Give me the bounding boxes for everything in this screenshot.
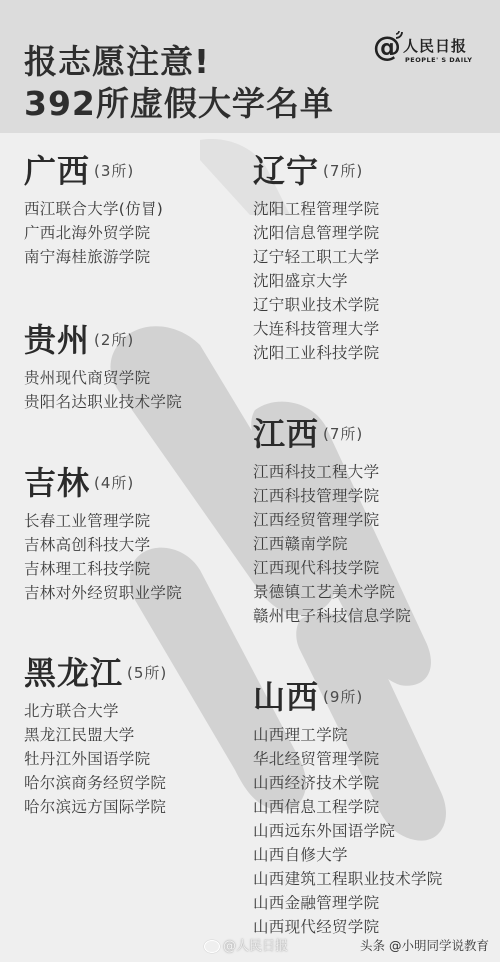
province-name: 江西 [253, 415, 319, 453]
logo-name-en: PEOPLE' S DAILY [405, 56, 472, 64]
list-item: 贵州现代商贸学院 [24, 366, 182, 390]
list-item: 哈尔滨商务经贸学院 [24, 771, 167, 795]
list-item: 华北经贸管理学院 [253, 747, 443, 771]
list-item: 沈阳信息管理学院 [253, 221, 379, 245]
list-item: 哈尔滨远方国际学院 [24, 795, 167, 819]
school-list: 山西理工学院 华北经贸管理学院 山西经济技术学院 山西信息工程学院 山西远东外国… [253, 723, 443, 939]
weibo-handle: @人民日报 [223, 939, 288, 954]
province-heading: 辽宁(7所) [253, 151, 379, 191]
source-credit: 头条 @小明同学说教育 [360, 936, 489, 954]
province-name: 贵州 [24, 321, 90, 359]
list-item: 辽宁职业技术学院 [253, 293, 379, 317]
province-heading: 广西(3所) [24, 151, 163, 191]
list-item: 吉林理工科技学院 [24, 557, 182, 581]
list-item: 黑龙江民盟大学 [24, 723, 167, 747]
list-item: 山西经济技术学院 [253, 771, 443, 795]
school-list: 西江联合大学(仿冒) 广西北海外贸学院 南宁海桂旅游学院 [24, 197, 163, 269]
list-item: 江西现代科技学院 [253, 556, 411, 580]
list-item: 辽宁轻工职工大学 [253, 245, 379, 269]
list-item: 吉林对外经贸职业学院 [24, 581, 182, 605]
at-icon: @ [373, 33, 401, 61]
list-item: 山西理工学院 [253, 723, 443, 747]
weibo-icon [204, 940, 220, 953]
list-item: 贵阳名达职业技术学院 [24, 390, 182, 414]
school-count: (3所) [94, 162, 134, 180]
province-name: 吉林 [24, 464, 90, 502]
province-section-heilongjiang: 黑龙江(5所) 北方联合大学 黑龙江民盟大学 牡丹江外国语学院 哈尔滨商务经贸学… [24, 653, 167, 819]
province-name: 黑龙江 [24, 654, 123, 692]
province-name: 山西 [253, 678, 319, 716]
list-item: 山西自修大学 [253, 843, 443, 867]
list-item: 广西北海外贸学院 [24, 221, 163, 245]
school-list: 沈阳工程管理学院 沈阳信息管理学院 辽宁轻工职工大学 沈阳盛京大学 辽宁职业技术… [253, 197, 379, 365]
province-heading: 山西(9所) [253, 677, 443, 717]
school-count: (2所) [94, 331, 134, 349]
school-count: (5所) [127, 664, 167, 682]
page-title-line1: 报志愿注意! [24, 42, 210, 82]
weibo-watermark: @人民日报 [204, 935, 288, 954]
list-item: 西江联合大学(仿冒) [24, 197, 163, 221]
list-item: 山西信息工程学院 [253, 795, 443, 819]
header-banner: 报志愿注意! 392所虚假大学名单 @ 人民日报 PEOPLE' S DAILY [0, 0, 500, 133]
list-item: 江西科技管理学院 [253, 484, 411, 508]
province-section-guangxi: 广西(3所) 西江联合大学(仿冒) 广西北海外贸学院 南宁海桂旅游学院 [24, 151, 163, 269]
province-section-jiangxi: 江西(7所) 江西科技工程大学 江西科技管理学院 江西经贸管理学院 江西赣南学院… [253, 414, 411, 628]
list-item: 山西建筑工程职业技术学院 [253, 867, 443, 891]
list-item: 牡丹江外国语学院 [24, 747, 167, 771]
school-count: (9所) [323, 688, 363, 706]
list-item: 山西远东外国语学院 [253, 819, 443, 843]
list-item: 江西科技工程大学 [253, 460, 411, 484]
province-section-liaoning: 辽宁(7所) 沈阳工程管理学院 沈阳信息管理学院 辽宁轻工职工大学 沈阳盛京大学… [253, 151, 379, 365]
school-list: 北方联合大学 黑龙江民盟大学 牡丹江外国语学院 哈尔滨商务经贸学院 哈尔滨远方国… [24, 699, 167, 819]
logo-name-cn: 人民日报 [403, 38, 467, 54]
school-list: 贵州现代商贸学院 贵阳名达职业技术学院 [24, 366, 182, 414]
school-list: 江西科技工程大学 江西科技管理学院 江西经贸管理学院 江西赣南学院 江西现代科技… [253, 460, 411, 628]
list-item: 山西金融管理学院 [253, 891, 443, 915]
school-list: 长春工业管理学院 吉林高创科技大学 吉林理工科技学院 吉林对外经贸职业学院 [24, 509, 182, 605]
list-item: 北方联合大学 [24, 699, 167, 723]
list-item: 赣州电子科技信息学院 [253, 604, 411, 628]
list-item: 长春工业管理学院 [24, 509, 182, 533]
peoples-daily-logo: @ 人民日报 PEOPLE' S DAILY [373, 26, 488, 66]
list-item: 景德镇工艺美术学院 [253, 580, 411, 604]
school-count: (4所) [94, 474, 134, 492]
province-heading: 贵州(2所) [24, 320, 182, 360]
school-count: (7所) [323, 162, 363, 180]
province-heading: 黑龙江(5所) [24, 653, 167, 693]
list-item: 沈阳工业科技学院 [253, 341, 379, 365]
list-item: 吉林高创科技大学 [24, 533, 182, 557]
province-name: 辽宁 [253, 152, 319, 190]
list-item: 沈阳盛京大学 [253, 269, 379, 293]
list-item: 南宁海桂旅游学院 [24, 245, 163, 269]
list-item: 江西经贸管理学院 [253, 508, 411, 532]
list-item: 大连科技管理大学 [253, 317, 379, 341]
province-section-guizhou: 贵州(2所) 贵州现代商贸学院 贵阳名达职业技术学院 [24, 320, 182, 414]
school-count: (7所) [323, 425, 363, 443]
list-item: 沈阳工程管理学院 [253, 197, 379, 221]
list-item: 江西赣南学院 [253, 532, 411, 556]
province-section-jilin: 吉林(4所) 长春工业管理学院 吉林高创科技大学 吉林理工科技学院 吉林对外经贸… [24, 463, 182, 605]
province-heading: 吉林(4所) [24, 463, 182, 503]
province-heading: 江西(7所) [253, 414, 411, 454]
province-name: 广西 [24, 152, 90, 190]
province-section-shanxi: 山西(9所) 山西理工学院 华北经贸管理学院 山西经济技术学院 山西信息工程学院… [253, 677, 443, 939]
page-title-line2: 392所虚假大学名单 [24, 84, 334, 124]
